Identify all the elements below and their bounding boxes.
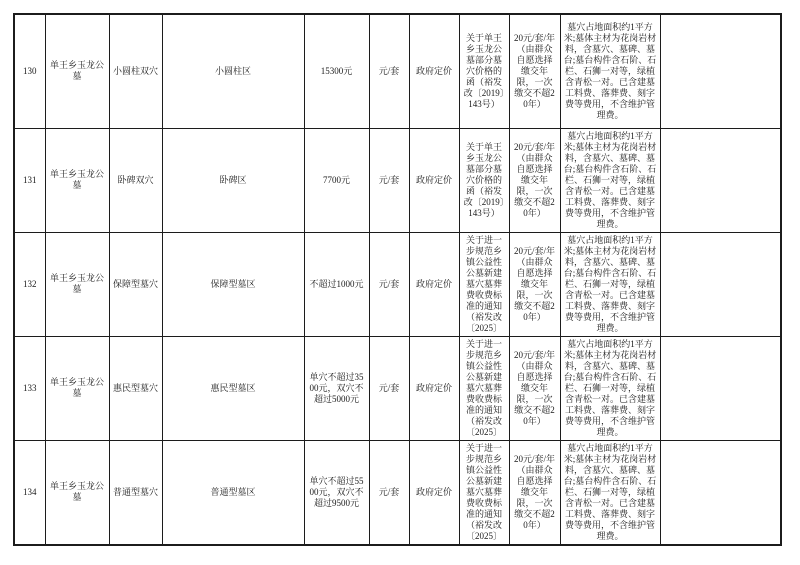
cell-cemetery-area: 普通型墓区	[162, 440, 304, 545]
cell-unit: 元/套	[369, 128, 409, 232]
cell-cemetery-name: 单王乡玉龙公墓	[45, 128, 109, 232]
cell-cemetery-name: 单王乡玉龙公墓	[45, 14, 109, 128]
cell-grave-type: 惠民型墓穴	[109, 336, 162, 440]
cell-approval-document: 关于单王乡玉龙公墓部分墓穴价格的函（裕发改〔2019〕143号）	[459, 14, 509, 128]
cell-row-number: 132	[14, 232, 45, 336]
table-row: 132 单王乡玉龙公墓 保障型墓穴 保障型墓区 不超过1000元 元/套 政府定…	[14, 232, 781, 336]
cell-remarks: 墓穴占地面积约1平方米;墓体主材为花岗岩材料，含墓穴、墓碑、墓台;墓台构件含石阶…	[560, 336, 660, 440]
cell-unit: 元/套	[369, 232, 409, 336]
cell-cemetery-name: 单王乡玉龙公墓	[45, 440, 109, 545]
cell-empty	[660, 440, 781, 545]
cell-cemetery-area: 小圆柱区	[162, 14, 304, 128]
cell-row-number: 131	[14, 128, 45, 232]
cell-approval-document: 关于进一步规范乡镇公益性公墓新建墓穴墓葬费收费标准的通知（裕发改〔2025〕	[459, 336, 509, 440]
cell-row-number: 130	[14, 14, 45, 128]
cell-price: 不超过1000元	[304, 232, 369, 336]
cell-management-fee: 20元/套/年（由群众自愿选择缴交年限，一次缴交不超20年）	[509, 440, 560, 545]
cell-unit: 元/套	[369, 440, 409, 545]
cell-cemetery-area: 保障型墓区	[162, 232, 304, 336]
cell-management-fee: 20元/套/年（由群众自愿选择缴交年限，一次缴交不超20年）	[509, 14, 560, 128]
cell-pricing-method: 政府定价	[409, 14, 459, 128]
cell-approval-document: 关于进一步规范乡镇公益性公墓新建墓穴墓葬费收费标准的通知（裕发改〔2025〕	[459, 440, 509, 545]
cell-remarks: 墓穴占地面积约1平方米;墓体主材为花岗岩材料，含墓穴、墓碑、墓台;墓台构件含石阶…	[560, 128, 660, 232]
cell-approval-document: 关于单王乡玉龙公墓部分墓穴价格的函（裕发改〔2019〕143号）	[459, 128, 509, 232]
cell-grave-type: 卧碑双穴	[109, 128, 162, 232]
cell-price: 单穴不超过5500元，双穴不超过9500元	[304, 440, 369, 545]
table-row: 131 单王乡玉龙公墓 卧碑双穴 卧碑区 7700元 元/套 政府定价 关于单王…	[14, 128, 781, 232]
cell-grave-type: 普通型墓穴	[109, 440, 162, 545]
table-row: 133 单王乡玉龙公墓 惠民型墓穴 惠民型墓区 单穴不超过3500元，双穴不超过…	[14, 336, 781, 440]
document-page: 130 单王乡玉龙公墓 小圆柱双穴 小圆柱区 15300元 元/套 政府定价 关…	[0, 0, 800, 565]
table-row: 134 单王乡玉龙公墓 普通型墓穴 普通型墓区 单穴不超过5500元，双穴不超过…	[14, 440, 781, 545]
cell-pricing-method: 政府定价	[409, 336, 459, 440]
cell-row-number: 134	[14, 440, 45, 545]
cell-grave-type: 保障型墓穴	[109, 232, 162, 336]
cell-price: 单穴不超过3500元，双穴不超过5000元	[304, 336, 369, 440]
cell-grave-type: 小圆柱双穴	[109, 14, 162, 128]
table-row: 130 单王乡玉龙公墓 小圆柱双穴 小圆柱区 15300元 元/套 政府定价 关…	[14, 14, 781, 128]
cell-cemetery-area: 卧碑区	[162, 128, 304, 232]
cell-empty	[660, 14, 781, 128]
cell-pricing-method: 政府定价	[409, 128, 459, 232]
cell-pricing-method: 政府定价	[409, 232, 459, 336]
cell-approval-document: 关于进一步规范乡镇公益性公墓新建墓穴墓葬费收费标准的通知（裕发改〔2025〕	[459, 232, 509, 336]
cell-pricing-method: 政府定价	[409, 440, 459, 545]
cell-cemetery-name: 单王乡玉龙公墓	[45, 232, 109, 336]
cell-remarks: 墓穴占地面积约1平方米;墓体主材为花岗岩材料，含墓穴、墓碑、墓台;墓台构件含石阶…	[560, 440, 660, 545]
cell-cemetery-area: 惠民型墓区	[162, 336, 304, 440]
cell-empty	[660, 336, 781, 440]
cell-remarks: 墓穴占地面积约1平方米;墓体主材为花岗岩材料，含墓穴、墓碑、墓台;墓台构件含石阶…	[560, 14, 660, 128]
cell-unit: 元/套	[369, 14, 409, 128]
cell-empty	[660, 232, 781, 336]
cell-price: 15300元	[304, 14, 369, 128]
cell-price: 7700元	[304, 128, 369, 232]
cell-management-fee: 20元/套/年（由群众自愿选择缴交年限，一次缴交不超20年）	[509, 128, 560, 232]
cell-unit: 元/套	[369, 336, 409, 440]
cell-cemetery-name: 单王乡玉龙公墓	[45, 336, 109, 440]
cell-row-number: 133	[14, 336, 45, 440]
price-table-body: 130 单王乡玉龙公墓 小圆柱双穴 小圆柱区 15300元 元/套 政府定价 关…	[14, 14, 781, 545]
cemetery-price-table: 130 单王乡玉龙公墓 小圆柱双穴 小圆柱区 15300元 元/套 政府定价 关…	[13, 13, 782, 546]
cell-empty	[660, 128, 781, 232]
cell-remarks: 墓穴占地面积约1平方米;墓体主材为花岗岩材料，含墓穴、墓碑、墓台;墓台构件含石阶…	[560, 232, 660, 336]
cell-management-fee: 20元/套/年（由群众自愿选择缴交年限，一次缴交不超20年）	[509, 336, 560, 440]
cell-management-fee: 20元/套/年（由群众自愿选择缴交年限，一次缴交不超20年）	[509, 232, 560, 336]
